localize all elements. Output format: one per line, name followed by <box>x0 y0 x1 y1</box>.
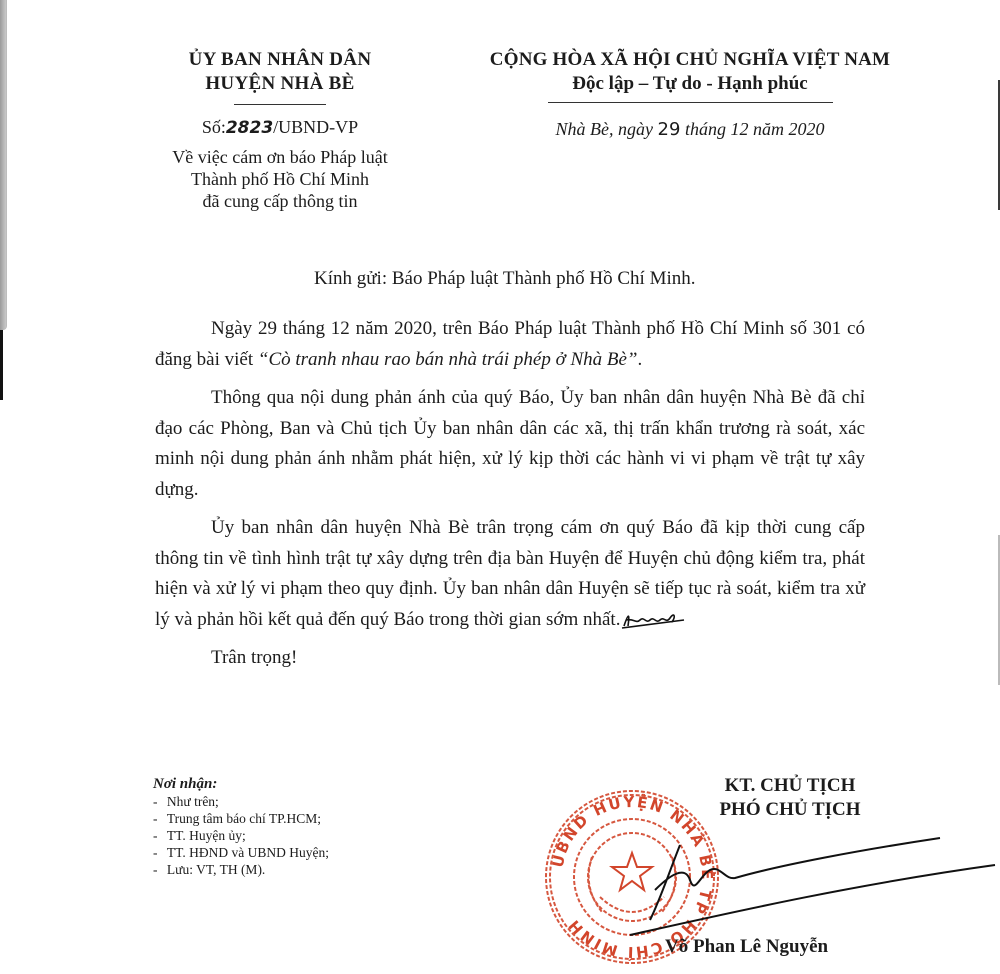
document-subject: Về việc cám ơn báo Pháp luật Thành phố H… <box>140 146 420 212</box>
date-prefix: Nhà Bè, ngày <box>556 119 658 139</box>
nation-title: CỘNG HÒA XÃ HỘI CHỦ NGHĨA VIỆT NAM <box>455 48 925 72</box>
issuing-authority-block: ỦY BAN NHÂN DÂN HUYỆN NHÀ BÈ Số:2823/UBN… <box>140 48 420 212</box>
doc-number-prefix: Số: <box>202 117 226 137</box>
initial-signature-icon <box>620 610 690 630</box>
document-page: ỦY BAN NHÂN DÂN HUYỆN NHÀ BÈ Số:2823/UBN… <box>0 0 1000 974</box>
closing-remark: Trân trọng! <box>155 643 865 674</box>
recipient-item: Như trên; <box>153 793 329 810</box>
subject-line: Thành phố Hồ Chí Minh <box>140 168 420 190</box>
letter-body: Ngày 29 tháng 12 năm 2020, trên Báo Pháp… <box>155 314 865 682</box>
paragraph-end: . <box>638 349 643 370</box>
header-underline-right <box>548 102 833 103</box>
signer-name: Võ Phan Lê Nguyễn <box>665 936 828 958</box>
paragraph-2: Thông qua nội dung phản ánh của quý Báo,… <box>155 383 865 505</box>
recipient-item: TT. HĐND và UBND Huyện; <box>153 844 329 861</box>
document-date: Nhà Bè, ngày 29 tháng 12 năm 2020 <box>455 119 925 140</box>
doc-number-suffix: /UBND-VP <box>273 117 358 137</box>
addressee-line: Kính gửi: Báo Pháp luật Thành phố Hồ Chí… <box>314 268 696 290</box>
document-number: Số:2823/UBND-VP <box>140 117 420 138</box>
signature-block: KT. CHỦ TỊCH PHÓ CHỦ TỊCH <box>640 774 940 822</box>
signatory-title-line2: PHÓ CHỦ TỊCH <box>640 798 940 822</box>
paragraph-text: Ủy ban nhân dân huyện Nhà Bè trân trọng … <box>155 517 865 630</box>
national-motto: Độc lập – Tự do - Hạnh phúc <box>455 72 925 96</box>
signatory-title-line1: KT. CHỦ TỊCH <box>640 774 940 798</box>
doc-number-handwritten: 2823 <box>226 118 273 138</box>
org-name-line2: HUYỆN NHÀ BÈ <box>140 72 420 96</box>
date-day-handwritten: 29 <box>658 119 681 140</box>
subject-line: Về việc cám ơn báo Pháp luật <box>140 146 420 168</box>
paragraph-1: Ngày 29 tháng 12 năm 2020, trên Báo Pháp… <box>155 314 865 375</box>
org-name-line1: ỦY BAN NHÂN DÂN <box>140 48 420 72</box>
recipients-title: Nơi nhận: <box>153 776 329 793</box>
article-title-quote: “Cò tranh nhau rao bán nhà trái phép ở N… <box>258 349 638 370</box>
header-underline-left <box>234 104 326 105</box>
national-header-block: CỘNG HÒA XÃ HỘI CHỦ NGHĨA VIỆT NAM Độc l… <box>455 48 925 140</box>
recipient-item: Trung tâm báo chí TP.HCM; <box>153 810 329 827</box>
recipient-item: TT. Huyện ủy; <box>153 827 329 844</box>
subject-line: đã cung cấp thông tin <box>140 190 420 212</box>
handwritten-signature-icon <box>600 820 1000 940</box>
date-suffix: tháng 12 năm 2020 <box>680 119 824 139</box>
recipients-list: Nơi nhận: Như trên; Trung tâm báo chí TP… <box>153 776 329 878</box>
recipient-item: Lưu: VT, TH (M). <box>153 861 329 878</box>
paragraph-3: Ủy ban nhân dân huyện Nhà Bè trân trọng … <box>155 513 865 635</box>
